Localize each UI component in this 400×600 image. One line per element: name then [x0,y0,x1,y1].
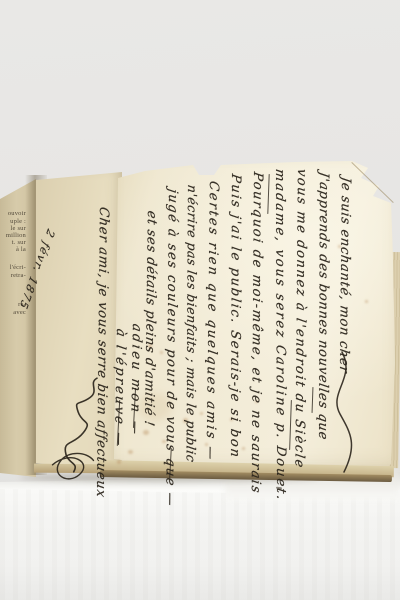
foxing-spot [160,351,163,354]
pen-flourish [322,348,362,478]
manuscript-line: Puis j'ai le public. Serais-je si bon [227,173,243,460]
foxing-spot [242,447,245,450]
foxing-spot [128,450,133,454]
manuscript-line: Je suis enchanté, mon cher [336,176,353,375]
foxing-spot [365,300,368,303]
manuscript-line: n'écrire pas les bienfaits ; mais le pub… [184,184,200,464]
manuscript-line: madame, vous serez Caroline p. Douet. [272,168,288,503]
printed-fragment: l'écri- [0,265,26,272]
manuscript-line: adieu mon — [127,323,144,438]
foxing-spot [143,430,149,435]
printed-fragment: retra- [0,273,26,280]
manuscript-line: vous me donnez à l'endroit du Siècle [291,168,309,470]
photo-of-open-book: ouvoir uple : le sur million t. sur à la… [0,0,400,600]
manuscript-line: Pourquoi de moi-même, et je ne saurais [248,171,265,495]
shelf-front-face [0,486,400,600]
printed-fragment: ouvoir [0,211,26,218]
manuscript-line: et ses détails pleins d'amitié ! [141,210,159,428]
printed-fragment: à la [0,247,26,254]
foxing-spot [117,460,121,464]
printed-fragment: avec [0,310,26,317]
